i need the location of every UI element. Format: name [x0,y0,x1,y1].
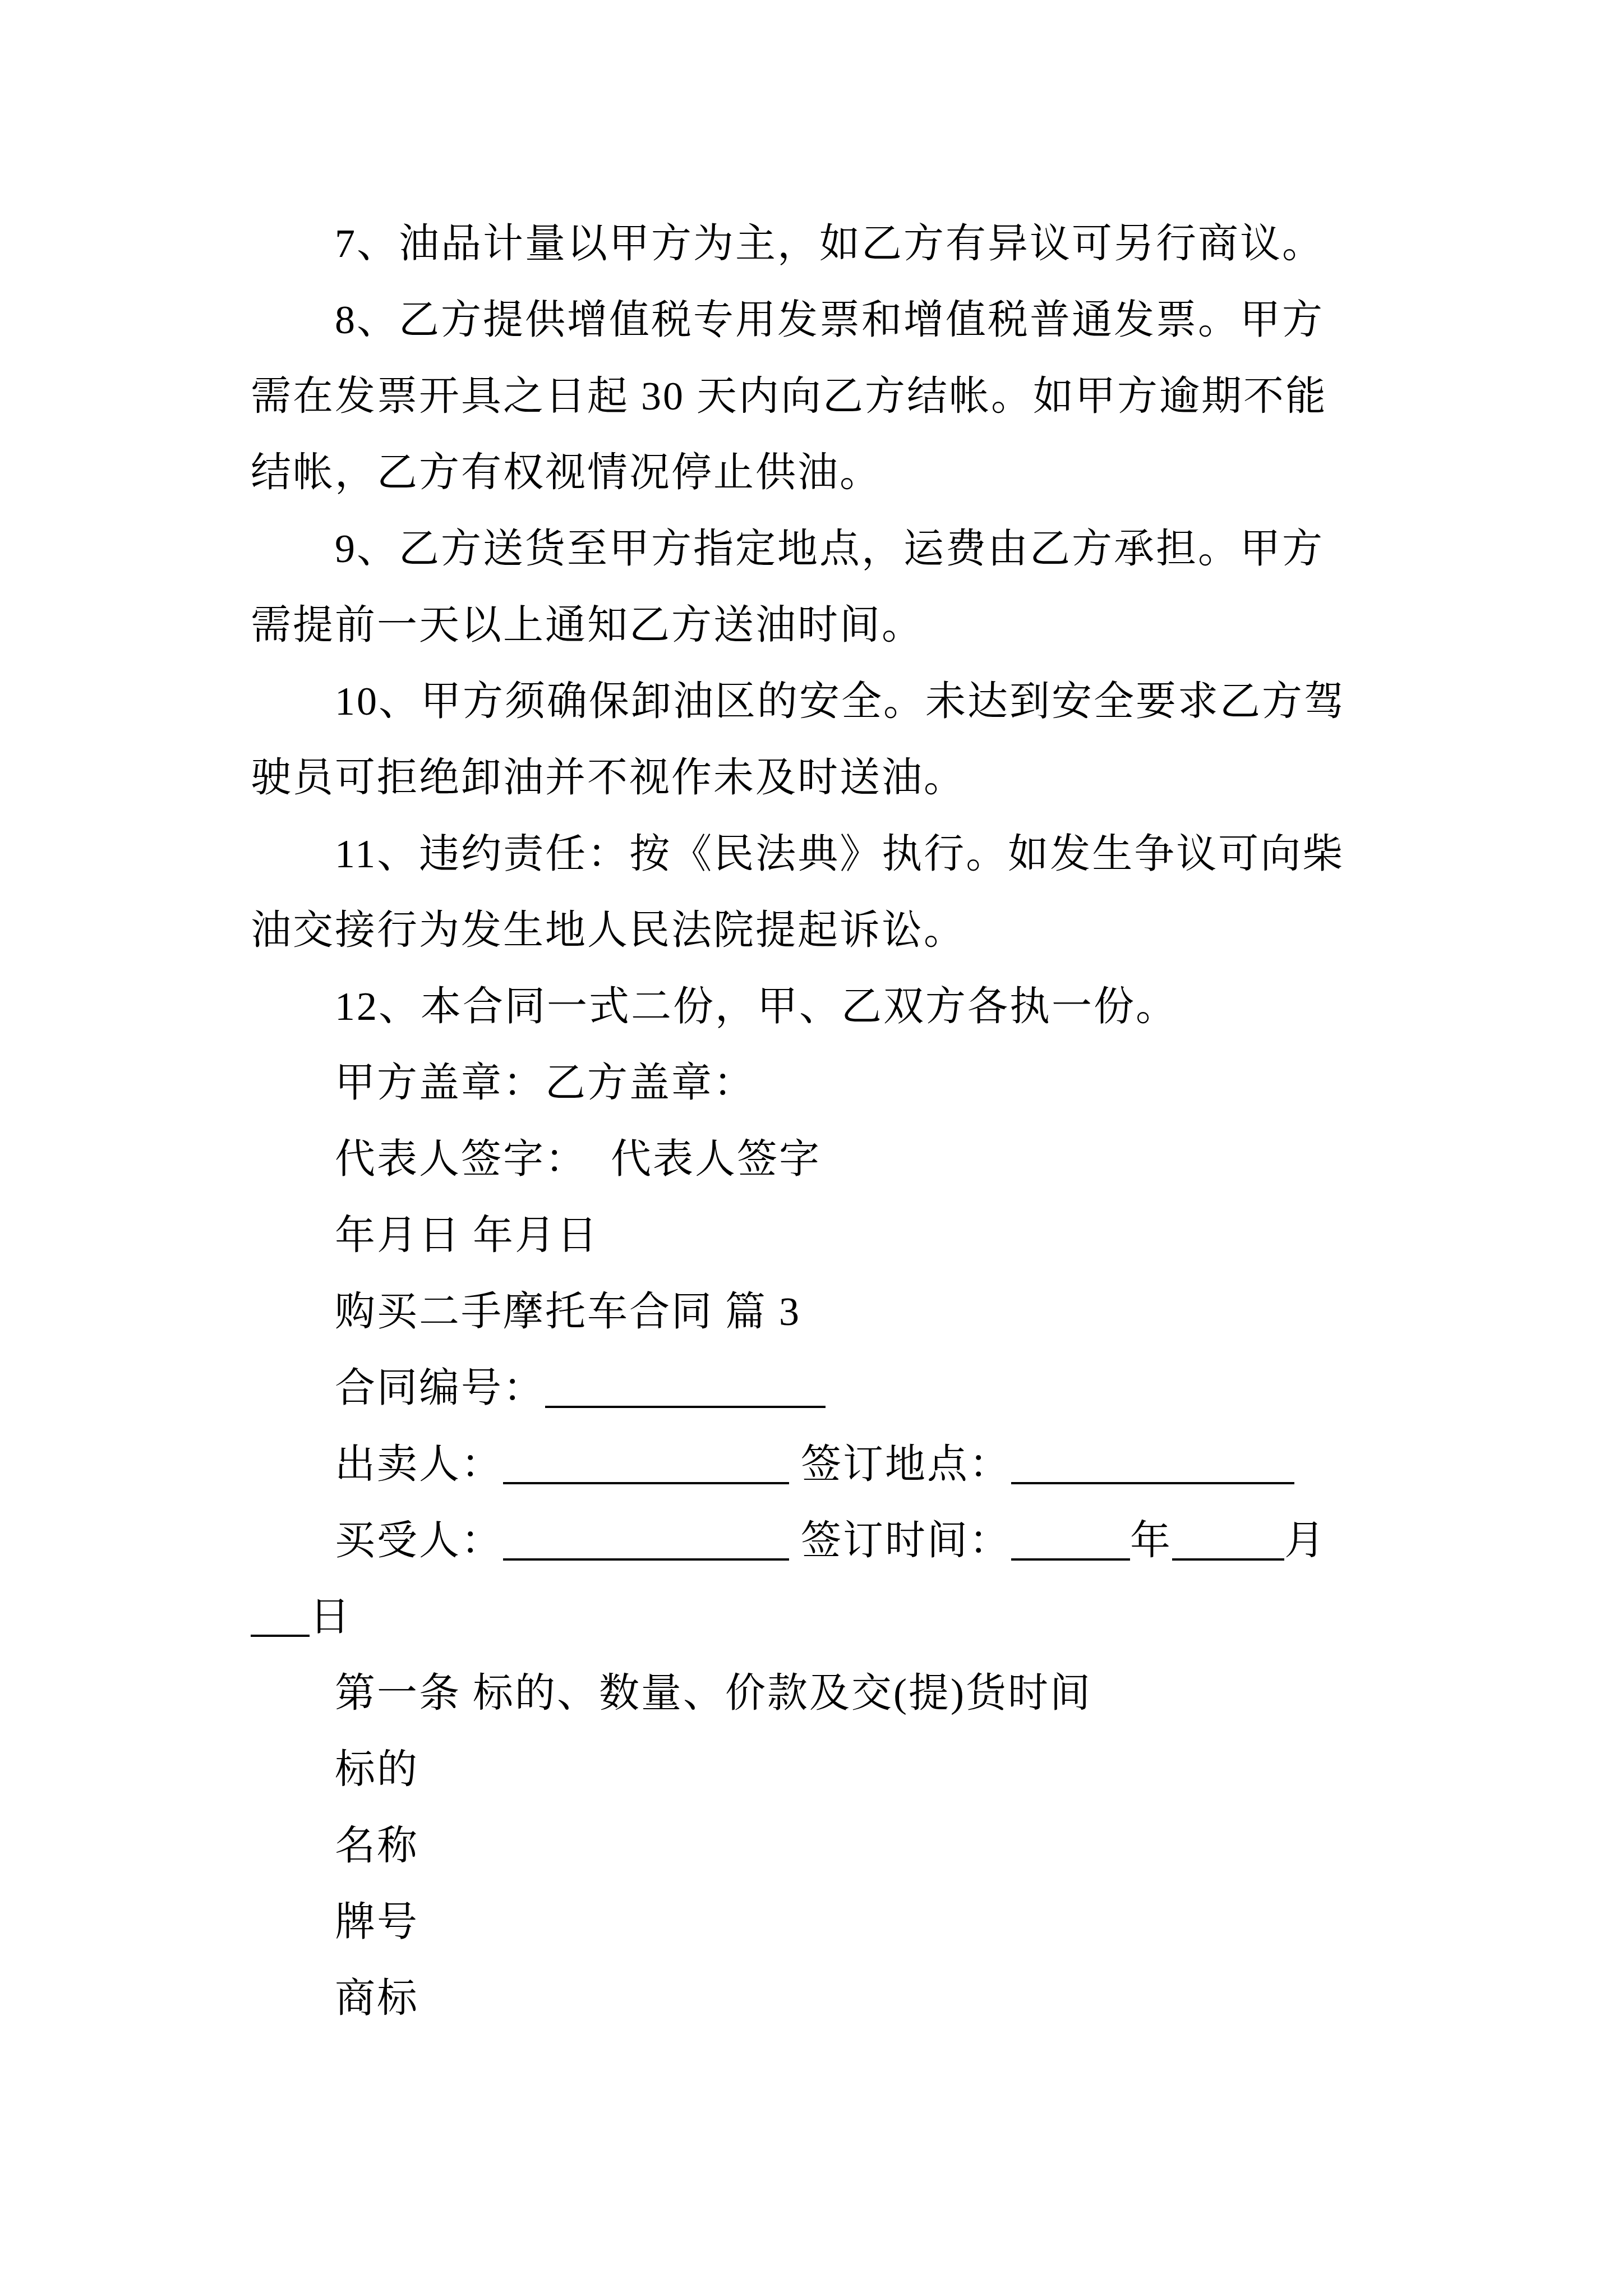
text-run: 签订地点： [789,1442,1011,1487]
text-run: 第一条 标的、数量、价款及交(提)货时间 [335,1671,1092,1715]
text-run: 9、乙方送货至甲方指定地点，运费由乙方承担。甲方 [335,526,1324,571]
text-run: 标的 [335,1747,419,1792]
blank-underline [1011,1482,1294,1484]
blank-underline [251,1635,310,1637]
text-run: 合同编号： [335,1365,545,1410]
text-line: 出卖人： 签订地点： [251,1426,1382,1502]
text-run: 日 [310,1594,352,1639]
text-run: 8、乙方提供增值税专用发票和增值税普通发票。甲方 [335,297,1324,342]
text-run: 11、违约责任：按《民法典》执行。如发生争议可向柴 [335,831,1344,876]
text-run: 驶员可拒绝卸油并不视作未及时送油。 [251,755,966,800]
text-run: 签订时间： [789,1518,1011,1563]
text-line: 合同编号： [251,1350,1382,1426]
text-run: 出卖人： [335,1442,503,1487]
text-line: 代表人签字： 代表人签字 [251,1121,1382,1197]
text-line: 驶员可拒绝卸油并不视作未及时送油。 [251,739,1382,816]
text-line: 油交接行为发生地人民法院提起诉讼。 [251,892,1382,968]
text-run: 购买二手摩托车合同 篇 3 [335,1289,801,1334]
text-line: 11、违约责任：按《民法典》执行。如发生争议可向柴 [251,816,1382,892]
text-line: 名称 [251,1807,1382,1884]
text-run: 油交接行为发生地人民法院提起诉讼。 [251,908,966,953]
text-line: 标的 [251,1731,1382,1807]
text-line: 需提前一天以上通知乙方送油时间。 [251,587,1382,663]
text-line: 购买二手摩托车合同 篇 3 [251,1273,1382,1350]
text-line: 12、本合同一式二份，甲、乙双方各执一份。 [251,968,1382,1045]
text-run: 需在发票开具之日起 30 天内向乙方结帐。如甲方逾期不能 [251,374,1327,418]
blank-underline [503,1558,789,1561]
text-run: 需提前一天以上通知乙方送油时间。 [251,602,924,647]
text-run: 商标 [335,1976,419,2021]
text-run: 年 [1130,1518,1172,1563]
text-line: 甲方盖章：乙方盖章： [251,1045,1382,1121]
contract-text-body: 7、油品计量以甲方为主，如乙方有异议可另行商议。8、乙方提供增值税专用发票和增值… [251,205,1382,2036]
text-run: 月 [1284,1518,1326,1563]
text-run: 10、甲方须确保卸油区的安全。未达到安全要求乙方驾 [335,679,1346,724]
text-line: 年月日 年月日 [251,1197,1382,1273]
blank-underline [545,1406,826,1408]
text-run: 7、油品计量以甲方为主，如乙方有异议可另行商议。 [335,221,1324,266]
text-run: 名称 [335,1823,419,1868]
text-run: 代表人签字： 代表人签字 [335,1137,821,1181]
text-run: 结帐，乙方有权视情况停止供油。 [251,450,882,495]
blank-underline [1011,1558,1130,1561]
text-line: 结帐，乙方有权视情况停止供油。 [251,434,1382,510]
text-line: 买受人： 签订时间：年月 [251,1502,1382,1579]
blank-underline [503,1482,789,1484]
text-run: 年月日 年月日 [335,1213,599,1258]
text-run: 12、本合同一式二份，甲、乙双方各执一份。 [335,984,1178,1029]
text-run: 甲方盖章：乙方盖章： [335,1060,755,1105]
text-line: 第一条 标的、数量、价款及交(提)货时间 [251,1655,1382,1731]
text-line: 日 [251,1579,1382,1655]
text-line: 7、油品计量以甲方为主，如乙方有异议可另行商议。 [251,205,1382,282]
text-line: 牌号 [251,1884,1382,1960]
text-line: 8、乙方提供增值税专用发票和增值税普通发票。甲方 [251,282,1382,358]
text-line: 商标 [251,1960,1382,2036]
text-line: 需在发票开具之日起 30 天内向乙方结帐。如甲方逾期不能 [251,358,1382,434]
blank-underline [1172,1558,1284,1561]
contract-document-page: 7、油品计量以甲方为主，如乙方有异议可另行商议。8、乙方提供增值税专用发票和增值… [0,0,1623,2296]
text-line: 9、乙方送货至甲方指定地点，运费由乙方承担。甲方 [251,510,1382,587]
text-line: 10、甲方须确保卸油区的安全。未达到安全要求乙方驾 [251,663,1382,739]
text-run: 买受人： [335,1518,503,1563]
text-run: 牌号 [335,1899,419,1944]
